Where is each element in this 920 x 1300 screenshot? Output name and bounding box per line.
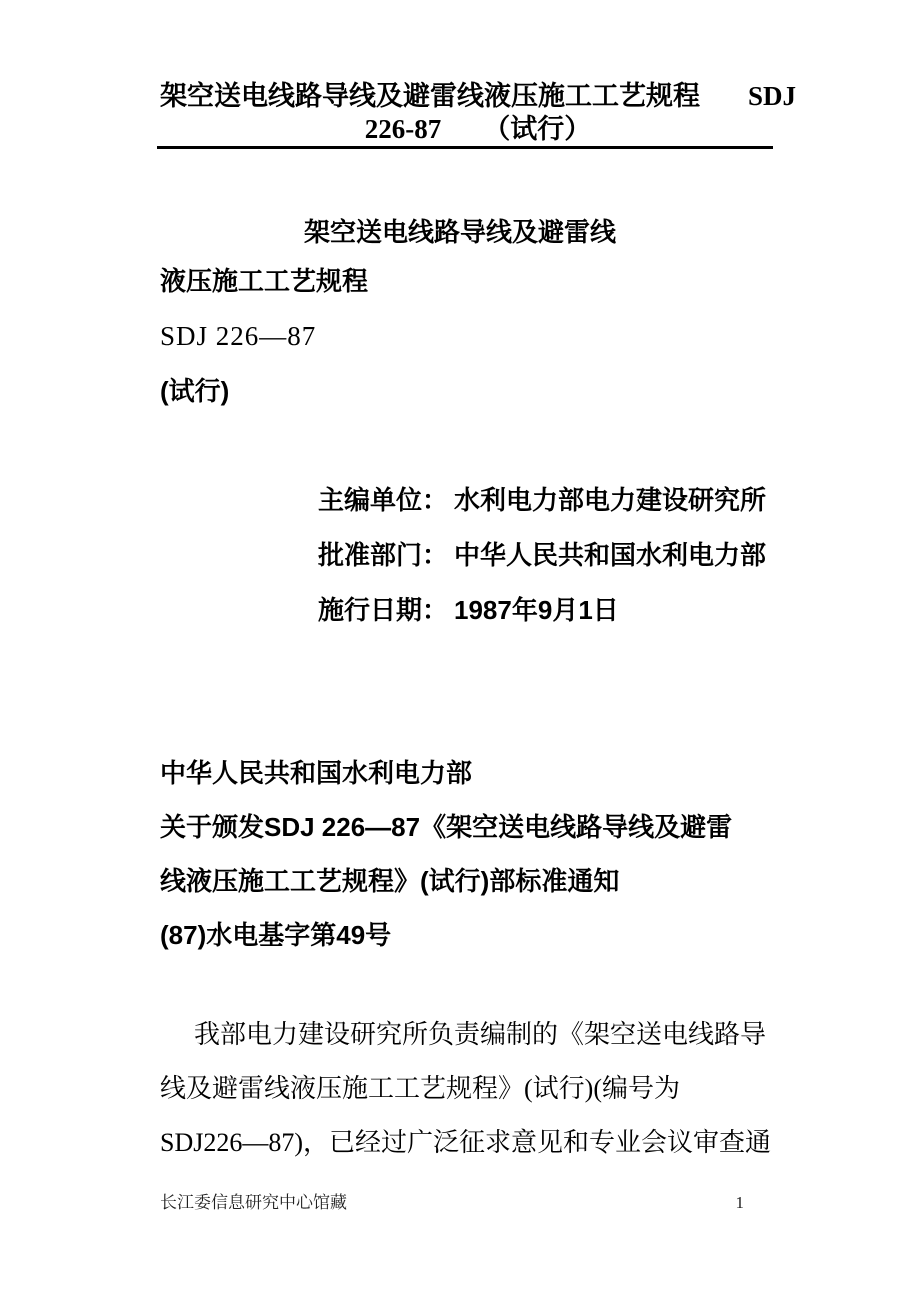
header-standard-prefix: SDJ [748,80,796,112]
approver-value: 中华人民共和国水利电力部 [454,540,766,570]
info-row-effective-date: 施行日期：1987年9月1日 [318,583,766,638]
document-subtitle: 液压施工工艺规程 [160,254,368,309]
archive-collection-label: 长江委信息研究中心馆藏 [160,1188,347,1213]
page-header: 架空送电线路导线及避雷线液压施工工艺规程 SDJ 226-87 （试行） [160,80,796,145]
effective-date-label: 施行日期： [318,595,448,625]
info-row-approver: 批准部门：中华人民共和国水利电力部 [318,528,766,583]
notice-title-line-1: 关于颁发SDJ 226—87《架空送电线路导线及避雷 [160,800,732,854]
info-block: 主编单位：水利电力部电力建设研究所 批准部门：中华人民共和国水利电力部 施行日期… [318,473,766,638]
notice-issuer: 中华人民共和国水利电力部 [160,746,732,800]
approver-label: 批准部门： [318,540,448,570]
document-page: 架空送电线路导线及避雷线液压施工工艺规程 SDJ 226-87 （试行） 架空送… [0,0,920,1300]
header-line-1: 架空送电线路导线及避雷线液压施工工艺规程 SDJ [160,80,796,112]
header-trial-label: （试行） [483,113,591,145]
page-number: 1 [736,1193,745,1213]
document-title: 架空送电线路导线及避雷线 [0,212,920,249]
header-divider-rule [157,146,773,149]
notice-document-number: (87)水电基字第49号 [160,908,732,962]
trial-label: (试行) [160,364,368,419]
title-block: 液压施工工艺规程 SDJ 226—87 (试行) [160,254,368,419]
header-standard-number: 226-87 [365,113,442,145]
paragraph-line: 我部电力建设研究所负责编制的《架空送电线路导 [160,1008,792,1062]
header-title: 架空送电线路导线及避雷线液压施工工艺规程 [160,80,700,112]
effective-date-value: 1987年9月1日 [454,595,619,625]
body-paragraph: 我部电力建设研究所负责编制的《架空送电线路导 线及避雷线液压施工工艺规程》(试行… [160,1008,792,1170]
chief-editor-value: 水利电力部电力建设研究所 [454,485,766,515]
paragraph-line: 线及避雷线液压施工工艺规程》(试行)(编号为 [160,1062,792,1116]
page-footer: 长江委信息研究中心馆藏 1 [160,1188,744,1213]
info-row-chief-editor: 主编单位：水利电力部电力建设研究所 [318,473,766,528]
notice-title-line-2: 线液压施工工艺规程》(试行)部标准通知 [160,854,732,908]
standard-code: SDJ 226—87 [160,309,368,364]
notice-block: 中华人民共和国水利电力部 关于颁发SDJ 226—87《架空送电线路导线及避雷 … [160,746,732,962]
header-line-2: 226-87 （试行） [160,113,796,145]
chief-editor-label: 主编单位： [318,485,448,515]
paragraph-line: SDJ226—87)，已经过广泛征求意见和专业会议审查通 [160,1116,792,1170]
